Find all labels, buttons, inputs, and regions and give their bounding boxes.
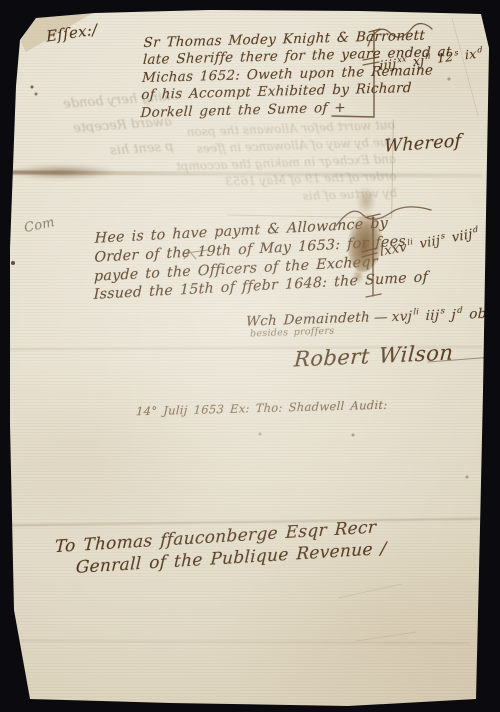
manuscript-page: king hery bonde award Recepte p sent his… <box>0 0 500 712</box>
photo-background: king hery bonde award Recepte p sent his… <box>0 0 500 712</box>
ink-specks <box>0 0 2 2</box>
paper-vignette <box>0 0 500 712</box>
